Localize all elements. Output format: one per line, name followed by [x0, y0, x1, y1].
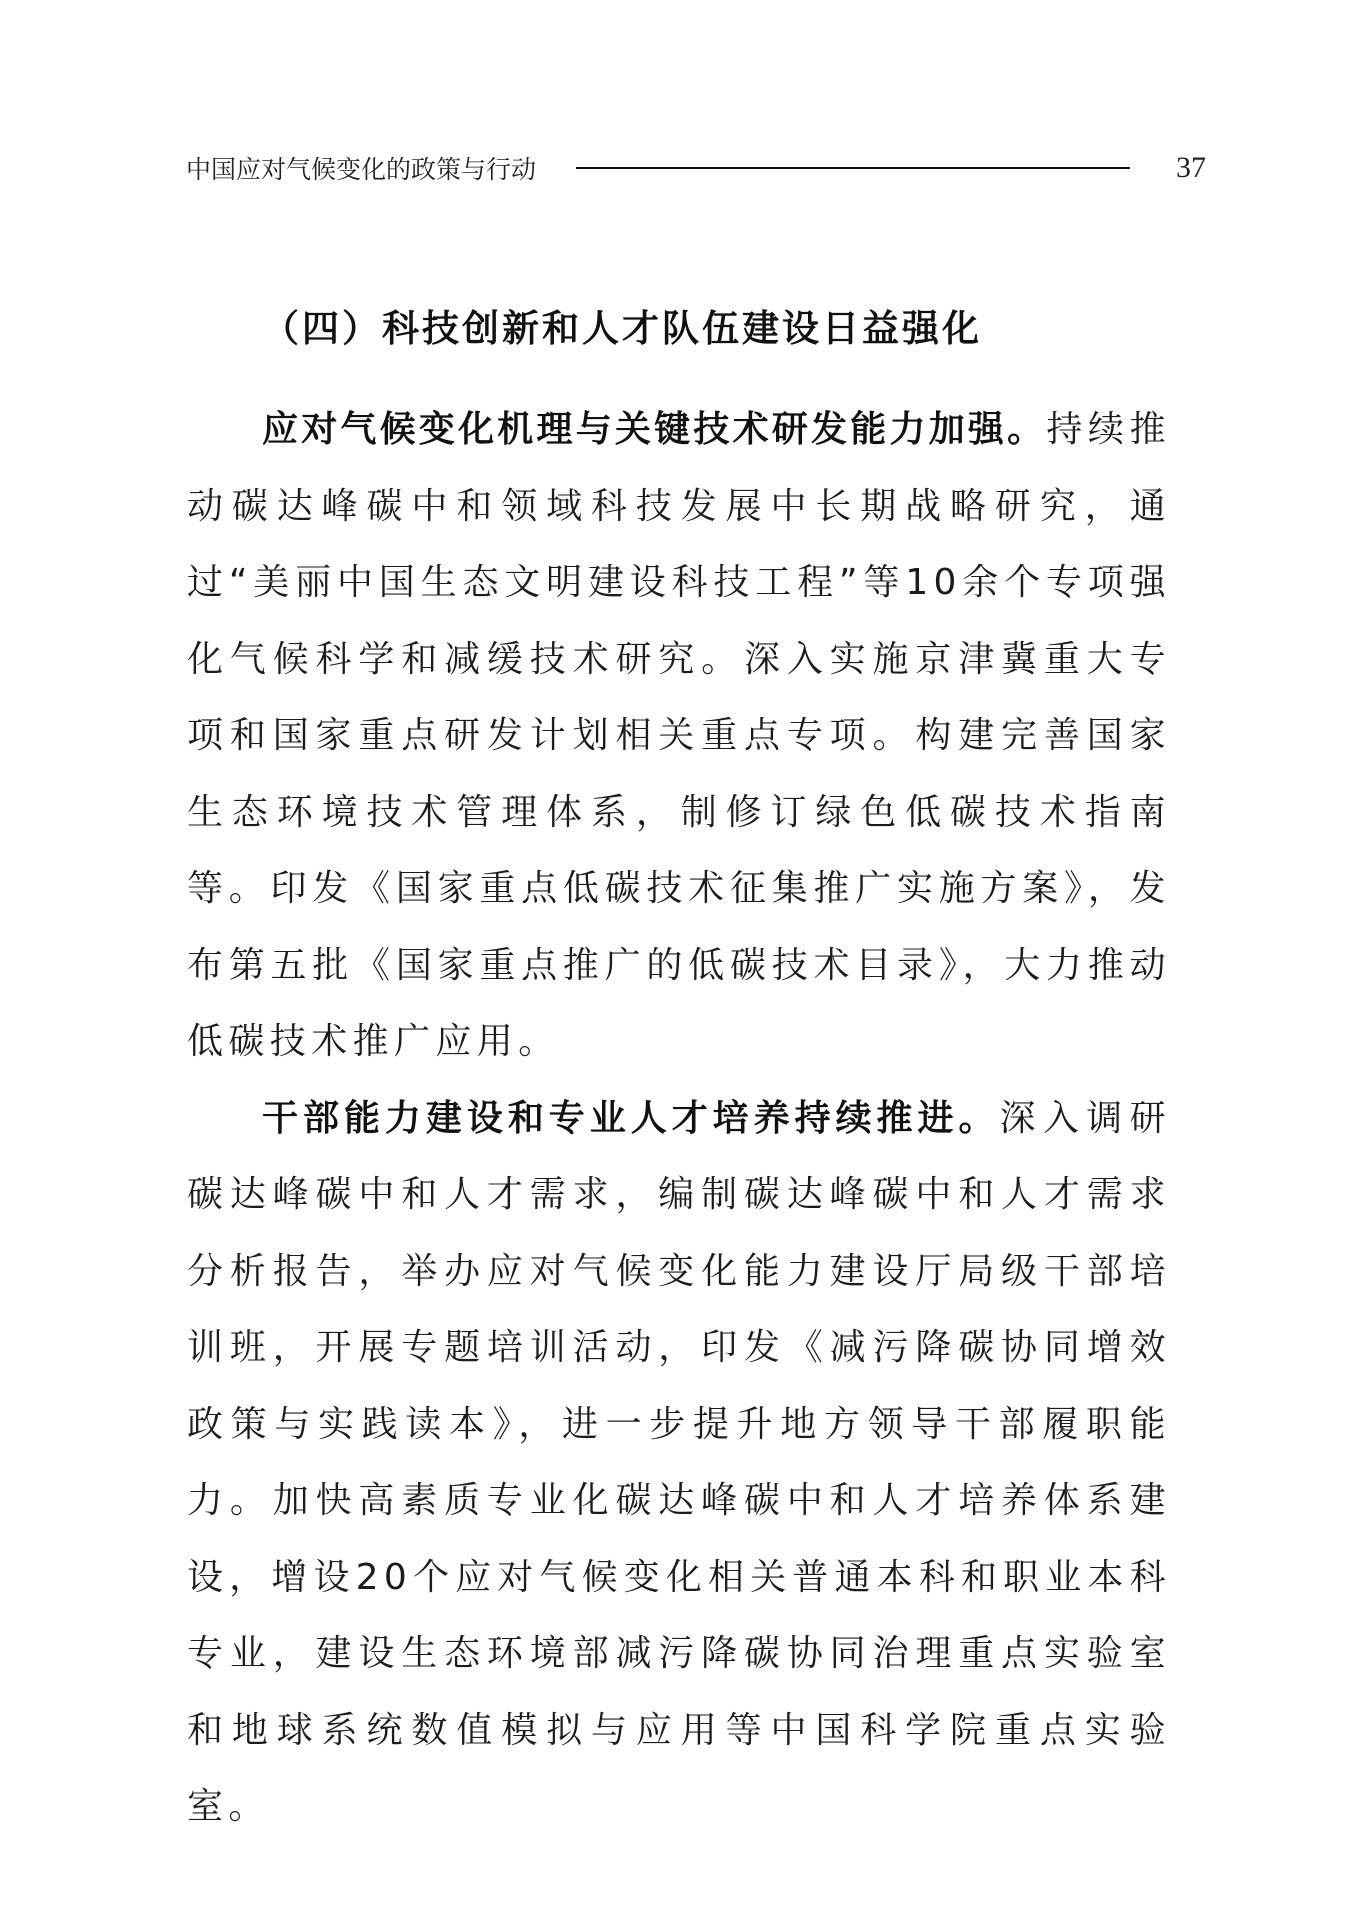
- header-rule: [576, 167, 1130, 169]
- running-title: 中国应对气候变化的政策与行动: [186, 150, 536, 186]
- page-number: 37: [1176, 151, 1206, 185]
- body-text: 应对气候变化机理与关键技术研发能力加强。持续推动碳达峰碳中和领域科技发展中长期战…: [187, 392, 1171, 1846]
- paragraph-text: 持续推动碳达峰碳中和领域科技发展中长期战略研究，通过“美丽中国生态文明建设科技工…: [187, 409, 1171, 1062]
- paragraph-text: 深入调研碳达峰碳中和人才需求，编制碳达峰碳中和人才需求分析报告，举办应对气候变化…: [187, 1098, 1171, 1828]
- paragraph-lead: 干部能力建设和专业人才培养持续推进。: [262, 1098, 999, 1139]
- running-header: 中国应对气候变化的政策与行动 37: [186, 148, 1206, 188]
- paragraph-lead: 应对气候变化机理与关键技术研发能力加强。: [262, 409, 1046, 450]
- paragraph-tech-innovation: 应对气候变化机理与关键技术研发能力加强。持续推动碳达峰碳中和领域科技发展中长期战…: [187, 392, 1171, 1081]
- section-heading: （四）科技创新和人才队伍建设日益强化: [262, 298, 982, 352]
- paragraph-talent-building: 干部能力建设和专业人才培养持续推进。深入调研碳达峰碳中和人才需求，编制碳达峰碳中…: [187, 1081, 1171, 1846]
